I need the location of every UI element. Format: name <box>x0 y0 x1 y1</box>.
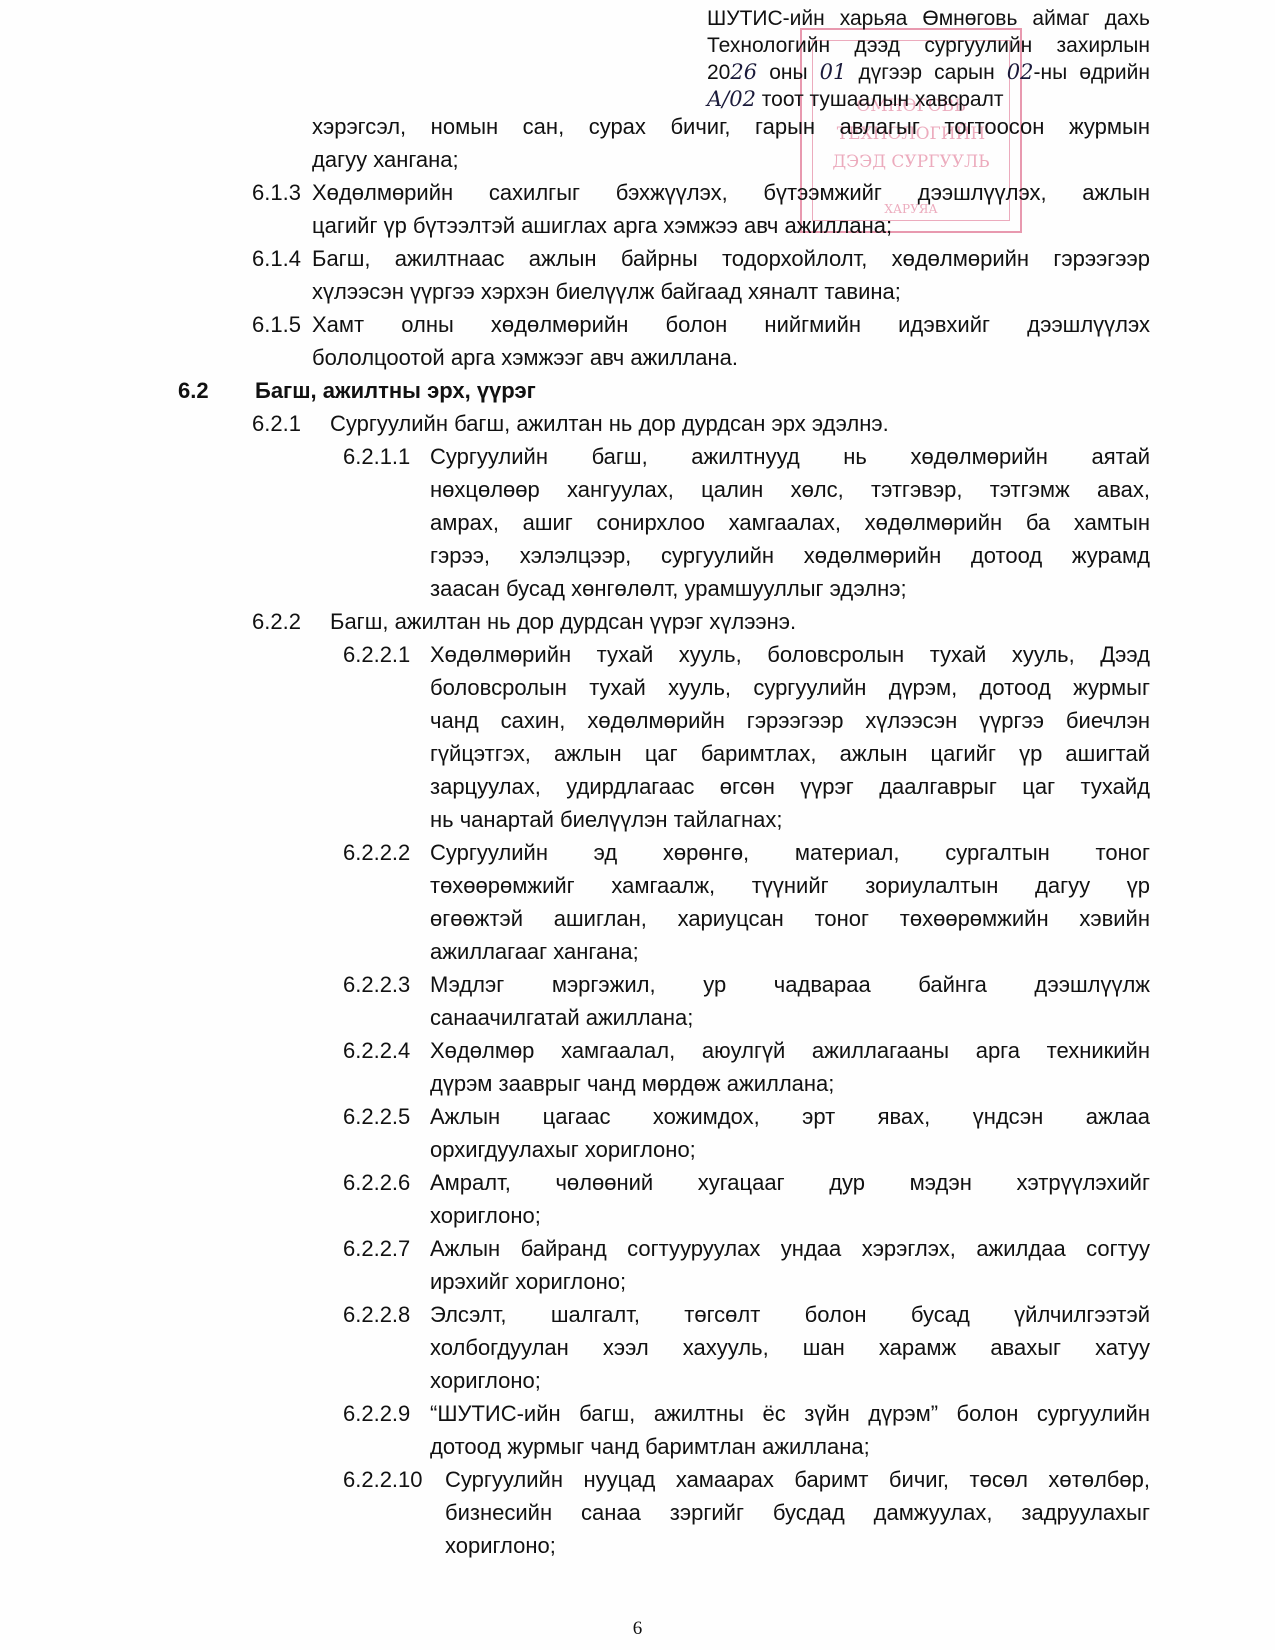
clause-text: Багш, ажилтан нь дор дурдсан үүрэг хүлээ… <box>330 605 1150 638</box>
header-line-3: 2026 оны 01 дүгээр сарын 02-ны өдрийн <box>707 59 1150 86</box>
text-line: Багш, ажилтан нь дор дурдсан үүрэг хүлээ… <box>330 605 1150 638</box>
text-line: Сургуулийн нууцад хамаарах баримт бичиг,… <box>445 1463 1150 1496</box>
clause-number: 6.2.2.6 <box>343 1166 410 1199</box>
clause-text: Сургуулийн нууцад хамаарах баримт бичиг,… <box>445 1463 1150 1562</box>
text-line: гүйцэтгэх, ажлын цаг баримтлах, ажлын ца… <box>430 737 1150 770</box>
text-line: бололцоотой арга хэмжээг авч ажиллана. <box>312 341 1150 374</box>
text-line: цагийг үр бүтээлтэй ашиглах арга хэмжээ … <box>312 209 1150 242</box>
header-line-4: A/02 тоот тушаалын хавсралт <box>707 86 1150 113</box>
clause-text: Багш, ажилтны эрх, үүрэг <box>255 374 1150 407</box>
clause-number: 6.1.4 <box>252 242 301 275</box>
text-line: “ШУТИС-ийн багш, ажилтны ёс зүйн дүрэм” … <box>430 1397 1150 1430</box>
text-line: Мэдлэг мэргэжил, ур чадвараа байнга дээш… <box>430 968 1150 1001</box>
clause-number: 6.2 <box>178 374 209 407</box>
text-line: Ажлын цагаас хожимдох, эрт явах, үндсэн … <box>430 1100 1150 1133</box>
clause-number: 6.2.2.5 <box>343 1100 410 1133</box>
header-line-2: Технологийн дээд сургуулийн захирлын <box>707 32 1150 59</box>
clause-text: Ажлын цагаас хожимдох, эрт явах, үндсэн … <box>430 1100 1150 1166</box>
clause-text: “ШУТИС-ийн багш, ажилтны ёс зүйн дүрэм” … <box>430 1397 1150 1463</box>
clause-text: Сургуулийн багш, ажилтан нь дор дурдсан … <box>330 407 1150 440</box>
clause-text: Хөдөлмөрийн тухай хууль, боловсролын тух… <box>430 638 1150 836</box>
text-line: нь чанартай биелүүлэн тайлагнах; <box>430 803 1150 836</box>
clause-number: 6.2.2.1 <box>343 638 410 671</box>
text-line: гэрээ, хэлэлцээр, сургуулийн хөдөлмөрийн… <box>430 539 1150 572</box>
handwritten-day: 02 <box>1007 60 1034 84</box>
header-line-1: ШУТИС-ийн харьяа Өмнөговь аймаг дахь <box>707 5 1150 32</box>
clause-number: 6.2.2.7 <box>343 1232 410 1265</box>
clause-number: 6.1.3 <box>252 176 301 209</box>
text-line: нөхцөлөөр хангуулах, цалин хөлс, тэтгэвэ… <box>430 473 1150 506</box>
text-line: Ажлын байранд согтууруулах ундаа хэрэглэ… <box>430 1232 1150 1265</box>
document-page: ӨМНӨГОВЬ ТЕХНОЛОГИЙН ДЭЭД СУРГУУЛЬ ХАРУЯ… <box>0 0 1275 1650</box>
text-line: Хөдөлмөр хамгаалал, аюулгүй ажиллагааны … <box>430 1034 1150 1067</box>
text-line: Амралт, чөлөөний хугацааг дур мэдэн хэтр… <box>430 1166 1150 1199</box>
text-line: зарцуулах, удирдлагаас өгсөн үүрэг даалг… <box>430 770 1150 803</box>
text-line: орхигдуулахыг хориглоно; <box>430 1133 1150 1166</box>
clause-number: 6.2.2.9 <box>343 1397 410 1430</box>
clause-text: Амралт, чөлөөний хугацааг дур мэдэн хэтр… <box>430 1166 1150 1232</box>
text-line: боловсролын тухай хууль, сургуулийн дүрэ… <box>430 671 1150 704</box>
clause-number: 6.2.2.4 <box>343 1034 410 1067</box>
clause-number: 6.2.2.8 <box>343 1298 410 1331</box>
clause-text: Хөдөлмөрийн сахилгыг бэхжүүлэх, бүтээмжи… <box>312 176 1150 242</box>
text-line: хориглоно; <box>430 1364 1150 1397</box>
text-line: бизнесийн санаа зэргийг бусдад дамжуулах… <box>445 1496 1150 1529</box>
clause-number: 6.2.1.1 <box>343 440 410 473</box>
text-line: санаачилгатай ажиллана; <box>430 1001 1150 1034</box>
clause-number: 6.2.2.2 <box>343 836 410 869</box>
header-text: -ны өдрийн <box>1034 61 1150 84</box>
text-line: хориглоно; <box>445 1529 1150 1562</box>
clause-text: Хамт олны хөдөлмөрийн болон нийгмийн идэ… <box>312 308 1150 374</box>
year-prefix: 20 <box>707 61 730 84</box>
header-text: тоот тушаалын хавсралт <box>756 88 1004 111</box>
clause-number: 6.1.5 <box>252 308 301 341</box>
text-line: дотоод журмыг чанд баримтлан ажиллана; <box>430 1430 1150 1463</box>
text-line: хүлээсэн үүргээ хэрхэн биелүүлж байгаад … <box>312 275 1150 308</box>
text-line: Сургуулийн багш, ажилтан нь дор дурдсан … <box>330 407 1150 440</box>
clause-text: хэрэгсэл, номын сан, сурах бичиг, гарын … <box>312 110 1150 176</box>
text-line: Элсэлт, шалгалт, төгсөлт болон бусад үйл… <box>430 1298 1150 1331</box>
header-text: дүгээр сарын <box>846 61 1006 84</box>
clause-text: Ажлын байранд согтууруулах ундаа хэрэглэ… <box>430 1232 1150 1298</box>
handwritten-order-number: A/02 <box>707 87 756 111</box>
text-line: ажиллагааг хангана; <box>430 935 1150 968</box>
text-line: Сургуулийн багш, ажилтнууд нь хөдөлмөрий… <box>430 440 1150 473</box>
clause-text: Багш, ажилтнаас ажлын байрны тодорхойлол… <box>312 242 1150 308</box>
text-line: өгөөжтэй ашиглан, хариуцсан тоног төхөөр… <box>430 902 1150 935</box>
clause-text: Сургуулийн багш, ажилтнууд нь хөдөлмөрий… <box>430 440 1150 605</box>
text-line: ирэхийг хориглоно; <box>430 1265 1150 1298</box>
page-number: 6 <box>0 1618 1275 1640</box>
handwritten-month: 01 <box>820 60 847 84</box>
text-line: хориглоно; <box>430 1199 1150 1232</box>
clause-text: Элсэлт, шалгалт, төгсөлт болон бусад үйл… <box>430 1298 1150 1397</box>
clause-text: Сургуулийн эд хөрөнгө, материал, сургалт… <box>430 836 1150 968</box>
text-line: чанд сахин, хөдөлмөрийн гэрээгээр хүлээс… <box>430 704 1150 737</box>
text-line: төхөөрөмжийг хамгаалж, түүнийг зориулалт… <box>430 869 1150 902</box>
attachment-header: ШУТИС-ийн харьяа Өмнөговь аймаг дахь Тех… <box>707 5 1150 113</box>
clause-number: 6.2.2.3 <box>343 968 410 1001</box>
handwritten-year: 26 <box>730 60 757 84</box>
text-line: Багш, ажилтны эрх, үүрэг <box>255 374 1150 407</box>
text-line: Хамт олны хөдөлмөрийн болон нийгмийн идэ… <box>312 308 1150 341</box>
text-line: дүрэм зааврыг чанд мөрдөж ажиллана; <box>430 1067 1150 1100</box>
text-line: дагуу хангана; <box>312 143 1150 176</box>
text-line: Багш, ажилтнаас ажлын байрны тодорхойлол… <box>312 242 1150 275</box>
clause-text: Хөдөлмөр хамгаалал, аюулгүй ажиллагааны … <box>430 1034 1150 1100</box>
clause-number: 6.2.2.10 <box>343 1463 423 1496</box>
clause-number: 6.2.1 <box>252 407 301 440</box>
clause-text: Мэдлэг мэргэжил, ур чадвараа байнга дээш… <box>430 968 1150 1034</box>
text-line: Хөдөлмөрийн тухай хууль, боловсролын тух… <box>430 638 1150 671</box>
text-line: заасан бусад хөнгөлөлт, урамшууллыг эдэл… <box>430 572 1150 605</box>
text-line: холбогдуулан хээл хахууль, шан харамж ав… <box>430 1331 1150 1364</box>
header-text: оны <box>757 61 820 84</box>
text-line: Сургуулийн эд хөрөнгө, материал, сургалт… <box>430 836 1150 869</box>
clause-number: 6.2.2 <box>252 605 301 638</box>
text-line: амрах, ашиг сонирхлоо хамгаалах, хөдөлмө… <box>430 506 1150 539</box>
text-line: Хөдөлмөрийн сахилгыг бэхжүүлэх, бүтээмжи… <box>312 176 1150 209</box>
text-line: хэрэгсэл, номын сан, сурах бичиг, гарын … <box>312 110 1150 143</box>
